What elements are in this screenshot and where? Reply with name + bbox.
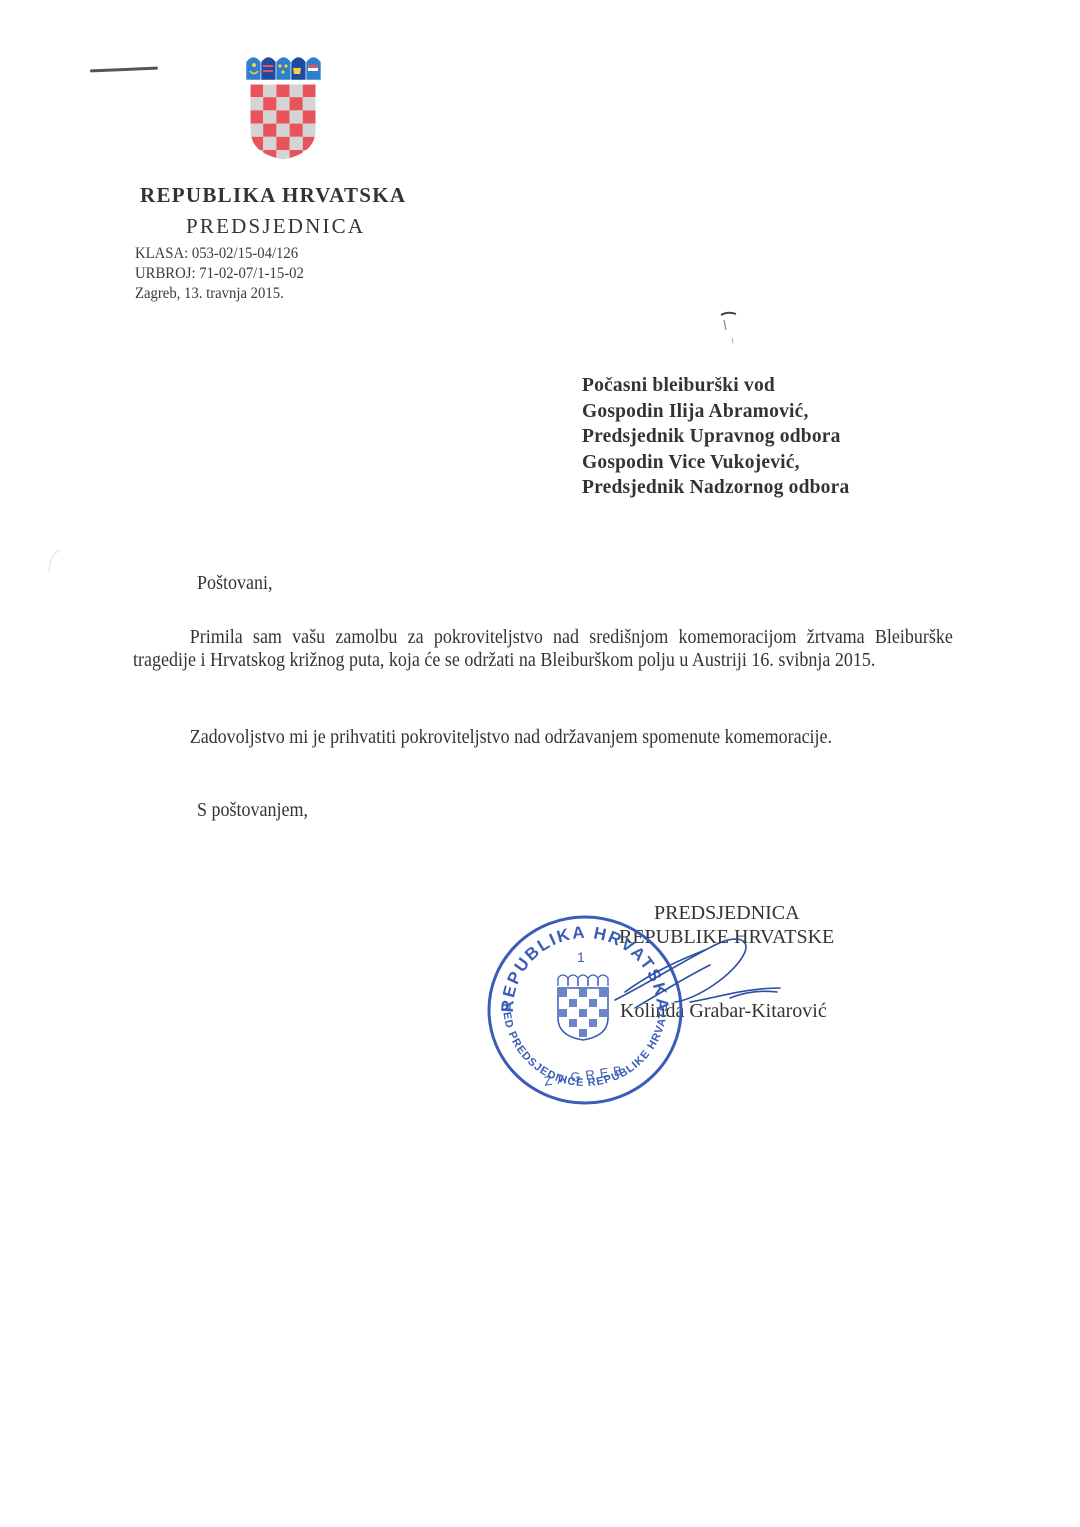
recipient-line: Gospodin Ilija Abramović, bbox=[582, 399, 849, 425]
closing: S poštovanjem, bbox=[197, 799, 308, 822]
recipient-line: Predsjednik Upravnog odbora bbox=[582, 424, 849, 450]
paragraph-request: Primila sam vašu zamolbu za pokroviteljs… bbox=[133, 626, 953, 672]
paragraph-acceptance: Zadovoljstvo mi je prihvatiti pokrovitel… bbox=[133, 726, 953, 749]
handwritten-signature bbox=[595, 930, 795, 1020]
urbroj-number: URBROJ: 71-02-07/1-15-02 bbox=[135, 264, 304, 284]
letterhead-office: PREDSJEDNICA bbox=[186, 214, 365, 239]
recipient-address: Počasni bleiburški vod Gospodin Ilija Ab… bbox=[582, 373, 849, 501]
recipient-line: Gospodin Vice Vukojević, bbox=[582, 450, 849, 476]
paragraph-text: Zadovoljstvo mi je prihvatiti pokrovitel… bbox=[190, 726, 832, 748]
recipient-line: Počasni bleiburški vod bbox=[582, 373, 849, 399]
svg-text:1: 1 bbox=[577, 949, 585, 965]
salutation: Poštovani, bbox=[197, 572, 273, 595]
scan-artifact-mark bbox=[44, 548, 64, 578]
croatian-coat-of-arms-icon bbox=[238, 50, 328, 162]
place-date: Zagreb, 13. travnja 2015. bbox=[135, 284, 304, 304]
letterhead-country: REPUBLIKA HRVATSKA bbox=[140, 183, 406, 208]
document-reference: KLASA: 053-02/15-04/126 URBROJ: 71-02-07… bbox=[135, 244, 319, 304]
recipient-line: Predsjednik Nadzornog odbora bbox=[582, 475, 849, 501]
klasa-number: KLASA: 053-02/15-04/126 bbox=[135, 244, 304, 264]
pen-scribble-mark bbox=[718, 308, 742, 348]
pen-stroke-mark bbox=[90, 67, 158, 73]
paragraph-text: Primila sam vašu zamolbu za pokroviteljs… bbox=[133, 626, 953, 671]
